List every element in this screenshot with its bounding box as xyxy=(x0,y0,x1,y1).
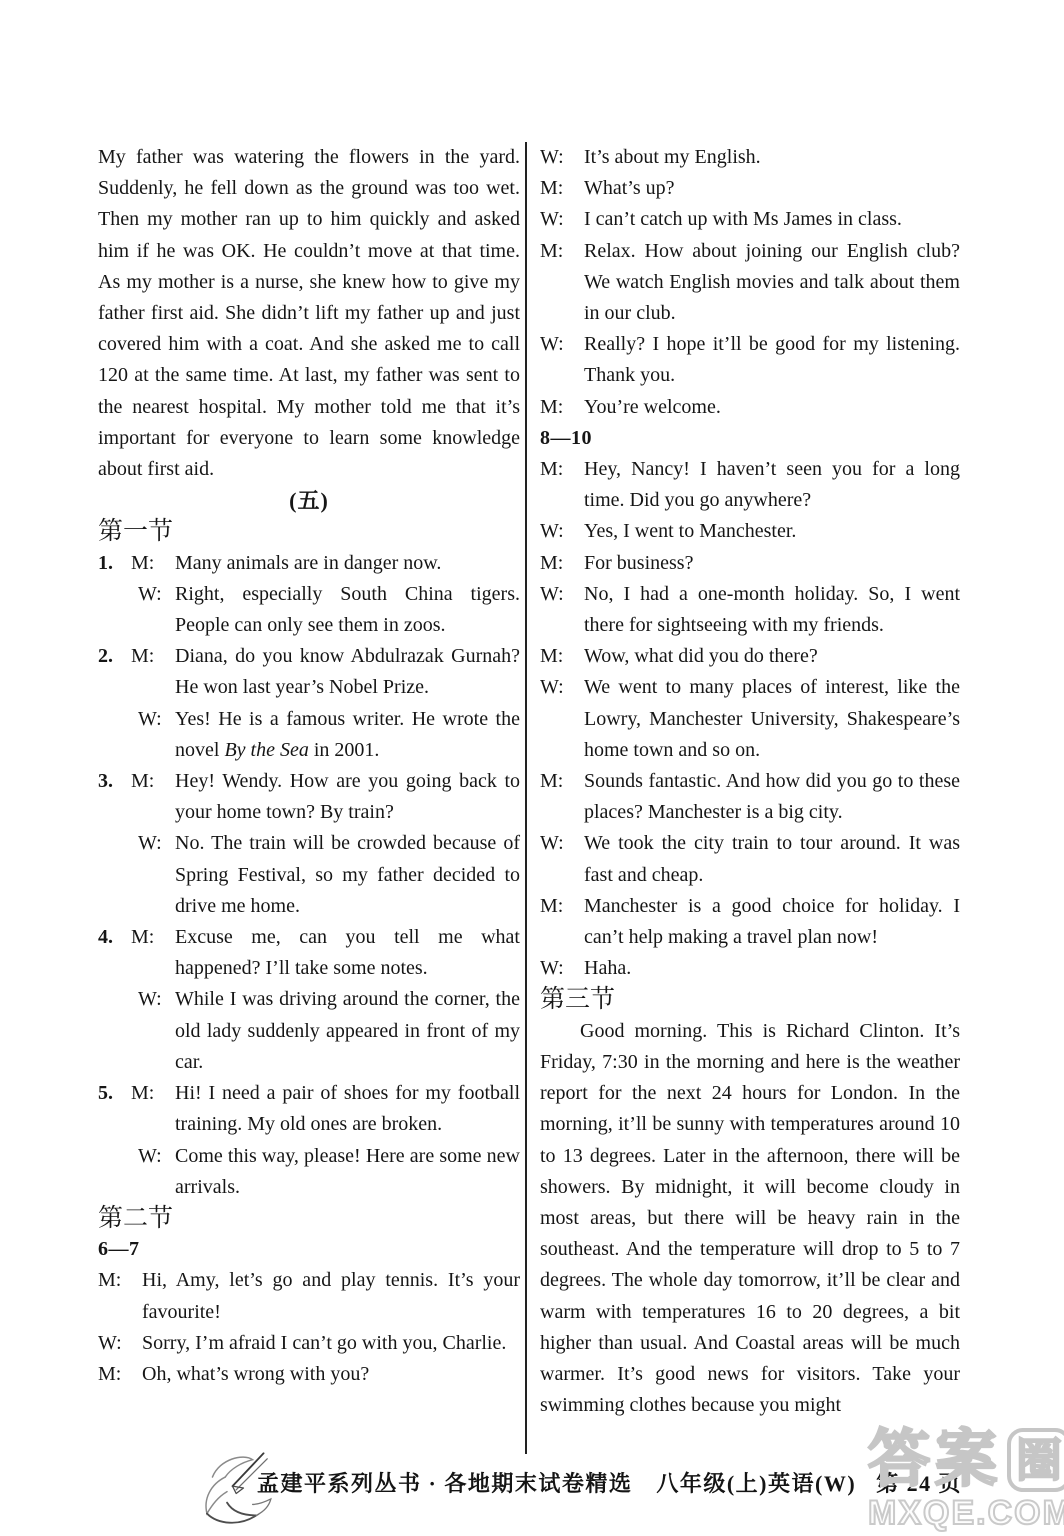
dialogue-turn: W:Haha. xyxy=(540,953,960,984)
item-number: 2. xyxy=(98,641,131,672)
dialogue-turn: M:Hi, Amy, let’s go and play tennis. It’… xyxy=(98,1265,520,1327)
speaker-label: W: xyxy=(138,579,175,610)
dialogue-turn: W:We went to many places of interest, li… xyxy=(540,672,960,766)
watermark-site-url: MXQE.COM xyxy=(868,1496,1064,1530)
paragraph: My father was watering the flowers in th… xyxy=(98,142,520,485)
speaker-label: W: xyxy=(138,828,175,859)
dialogue-turn: 1.M:Many animals are in danger now. xyxy=(98,548,520,579)
speaker-label: M: xyxy=(98,1265,142,1296)
dialogue-turn: W:No, I had a one-month holiday. So, I w… xyxy=(540,579,960,641)
watermark: 答案 圈 MXQE.COM xyxy=(868,1428,1064,1530)
item-number: 4. xyxy=(98,922,131,953)
item-number: 1. xyxy=(98,548,131,579)
dialogue-turn: M:Hey, Nancy! I haven’t seen you for a l… xyxy=(540,454,960,516)
column-divider-rule xyxy=(525,142,527,1454)
speaker-label: M: xyxy=(540,766,584,797)
part-header: 第一节 xyxy=(98,516,520,547)
dialogue-turn: M:Relax. How about joining our English c… xyxy=(540,236,960,330)
speaker-label: M: xyxy=(540,641,584,672)
speaker-label: M: xyxy=(540,392,584,423)
dialogue-turn: M:For business? xyxy=(540,548,960,579)
speaker-label: M: xyxy=(540,173,584,204)
speaker-label: W: xyxy=(540,579,584,610)
dialogue-turn: M:You’re welcome. xyxy=(540,392,960,423)
dialogue-turn: M:Sounds fantastic. And how did you go t… xyxy=(540,766,960,828)
speaker-label: W: xyxy=(540,204,584,235)
speaker-label: M: xyxy=(98,1359,142,1390)
speaker-label: W: xyxy=(540,329,584,360)
section-title: (五) xyxy=(98,485,520,516)
right-column: W:It’s about my English.M:What’s up?W:I … xyxy=(540,142,960,1421)
footer-book-title: 八年级(上)英语(W) xyxy=(656,1471,856,1496)
speaker-label: W: xyxy=(540,828,584,859)
part-header: 第三节 xyxy=(540,984,960,1015)
item-number: 3. xyxy=(98,766,131,797)
dialogue-turn: W:No. The train will be crowded because … xyxy=(98,828,520,922)
watermark-brand-boxed-char: 圈 xyxy=(1007,1428,1064,1492)
dialogue-turn: 2.M:Diana, do you know Abdulrazak Gurnah… xyxy=(98,641,520,703)
speaker-label: W: xyxy=(540,516,584,547)
dialogue-turn: M:Wow, what did you do there? xyxy=(540,641,960,672)
speaker-label: M: xyxy=(540,454,584,485)
speaker-label: M: xyxy=(131,641,175,672)
dialogue-turn: M:Oh, what’s wrong with you? xyxy=(98,1359,520,1390)
dialogue-turn: W:Sorry, I’m afraid I can’t go with you,… xyxy=(98,1328,520,1359)
speaker-label: M: xyxy=(131,548,175,579)
speaker-label: M: xyxy=(540,891,584,922)
speaker-label: W: xyxy=(138,704,175,735)
question-range: 6—7 xyxy=(98,1234,520,1265)
dialogue-turn: W:Come this way, please! Here are some n… xyxy=(98,1141,520,1203)
dialogue-turn: M:What’s up? xyxy=(540,173,960,204)
speaker-label: M: xyxy=(131,766,175,797)
dialogue-turn: 5.M:Hi! I need a pair of shoes for my fo… xyxy=(98,1078,520,1140)
speaker-label: M: xyxy=(131,922,175,953)
speaker-label: W: xyxy=(540,672,584,703)
speaker-label: W: xyxy=(138,1141,175,1172)
dialogue-turn: W:Right, especially South China tigers. … xyxy=(98,579,520,641)
speaker-label: W: xyxy=(138,984,175,1015)
dialogue-turn: W:We took the city train to tour around.… xyxy=(540,828,960,890)
dialogue-turn: 3.M:Hey! Wendy. How are you going back t… xyxy=(98,766,520,828)
part-header: 第二节 xyxy=(98,1203,520,1234)
dialogue-turn: W:I can’t catch up with Ms James in clas… xyxy=(540,204,960,235)
speaker-label: M: xyxy=(540,236,584,267)
dialogue-turn: W:While I was driving around the corner,… xyxy=(98,984,520,1078)
paragraph: Good morning. This is Richard Clinton. I… xyxy=(540,1016,960,1422)
book-page: My father was watering the flowers in th… xyxy=(0,0,1064,1536)
dialogue-turn: 4.M:Excuse me, can you tell me what happ… xyxy=(98,922,520,984)
speaker-label: M: xyxy=(131,1078,175,1109)
footer-series-title: 孟建平系列丛书 · 各地期末试卷精选 xyxy=(257,1471,632,1496)
dialogue-turn: W:Really? I hope it’ll be good for my li… xyxy=(540,329,960,391)
dialogue-turn: W:It’s about my English. xyxy=(540,142,960,173)
speaker-label: W: xyxy=(540,142,584,173)
dialogue-turn: M:Manchester is a good choice for holida… xyxy=(540,891,960,953)
watermark-brand-text: 答案 xyxy=(868,1429,1002,1491)
speaker-label: W: xyxy=(98,1328,142,1359)
item-number: 5. xyxy=(98,1078,131,1109)
dialogue-turn: W:Yes, I went to Manchester. xyxy=(540,516,960,547)
footer: 孟建平系列丛书 · 各地期末试卷精选八年级(上)英语(W)第 24 页 xyxy=(257,1467,962,1498)
speaker-label: M: xyxy=(540,548,584,579)
speaker-label: W: xyxy=(540,953,584,984)
question-range: 8—10 xyxy=(540,423,960,454)
dialogue-turn: W:Yes! He is a famous writer. He wrote t… xyxy=(98,704,520,766)
watermark-brand-row: 答案 圈 xyxy=(868,1428,1064,1492)
left-column: My father was watering the flowers in th… xyxy=(98,142,520,1390)
